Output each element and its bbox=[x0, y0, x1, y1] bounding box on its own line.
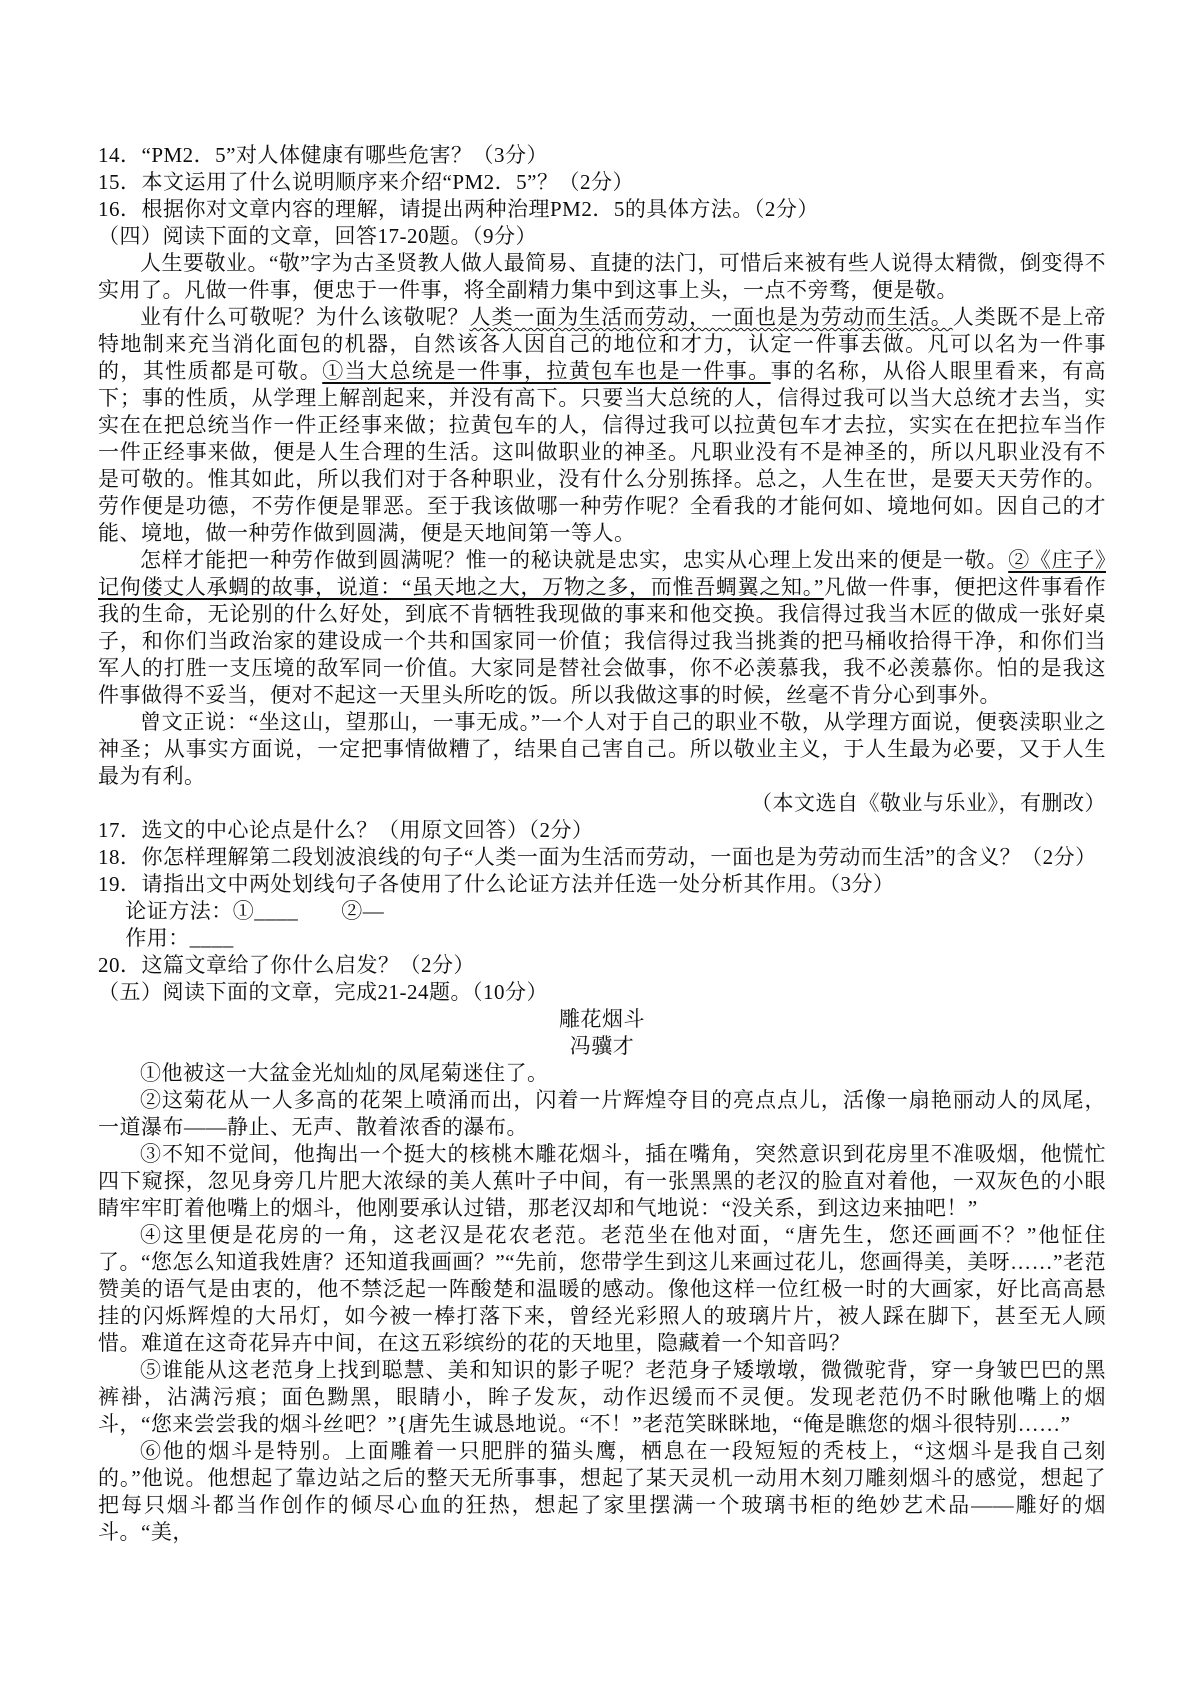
question-19: 19．请指出文中两处划线句子各使用了什么论证方法并任选一处分析其作用。（3分） bbox=[98, 871, 1106, 898]
question-20: 20．这篇文章给了你什么启发？（2分） bbox=[98, 952, 1106, 979]
question-18: 18．你怎样理解第二段划波浪线的句子“人类一面为生活而劳动，一面也是为劳动而生活… bbox=[98, 844, 1106, 871]
essay1-paragraph-1: 人生要敬业。“敬”字为古圣贤教人做人最简易、直捷的法门，可惜后来被有些人说得太精… bbox=[98, 250, 1106, 304]
essay2-paragraph-2: ②这菊花从一人多高的花架上喷涌而出，闪着一片辉煌夺目的亮点点儿，活像一扇艳丽动人… bbox=[98, 1087, 1106, 1141]
essay2-paragraph-5: ⑤谁能从这老范身上找到聪慧、美和知识的影子呢？老范身子矮墩墩，微微驼背，穿一身皱… bbox=[98, 1357, 1106, 1438]
essay1-paragraph-3: 怎样才能把一种劳作做到圆满呢？惟一的秘诀就是忠实，忠实从心理上发出来的便是一敬。… bbox=[98, 547, 1106, 709]
question-14: 14．“PM2．5”对人体健康有哪些危害？（3分） bbox=[98, 142, 1106, 169]
question-17: 17．选文的中心论点是什么？（用原文回答）（2分） bbox=[98, 817, 1106, 844]
essay2-author: 冯骥才 bbox=[98, 1033, 1106, 1060]
essay1-para2-tail: 事的名称，从俗人眼里看来，有高下；事的性质，从学理上解剖起来，并没有高下。只要当… bbox=[98, 359, 1106, 545]
section-5-header: （五）阅读下面的文章，完成21-24题。（10分） bbox=[98, 979, 1106, 1006]
exam-page: 14．“PM2．5”对人体健康有哪些危害？（3分） 15．本文运用了什么说明顺序… bbox=[98, 142, 1106, 1546]
underlined-sentence-1: ①当大总统是一件事，拉黄包车也是一件事。 bbox=[322, 359, 770, 383]
wavy-underlined-sentence: 人类一面为生活而劳动，一面也是为劳动而生活。 bbox=[469, 305, 952, 329]
essay2-paragraph-6: ⑥他的烟斗是特别。上面雕着一只肥胖的猫头鹰，栖息在一段短短的秃枝上，“这烟斗是我… bbox=[98, 1438, 1106, 1546]
essay2-title: 雕花烟斗 bbox=[98, 1006, 1106, 1033]
question-15: 15．本文运用了什么说明顺序来介绍“PM2．5”？（2分） bbox=[98, 169, 1106, 196]
question-19-methods-blank: 论证方法：①____ ②— bbox=[98, 898, 1106, 925]
essay2-paragraph-3: ③不知不觉间，他掏出一个挺大的核桃木雕花烟斗，插在嘴角，突然意识到花房里不准吸烟… bbox=[98, 1141, 1106, 1222]
question-16: 16．根据你对文章内容的理解，请提出两种治理PM2．5的具体方法。（2分） bbox=[98, 196, 1106, 223]
essay2-paragraph-1: ①他被这一大盆金光灿灿的凤尾菊迷住了。 bbox=[98, 1060, 1106, 1087]
essay1-attribution: （本文选自《敬业与乐业》，有删改） bbox=[98, 790, 1106, 817]
essay2-paragraph-4: ④这里便是花房的一角，这老汉是花农老范。老范坐在他对面，“唐先生，您还画画不？”… bbox=[98, 1222, 1106, 1357]
question-19-effect-blank: 作用：____ bbox=[98, 925, 1106, 952]
section-4-header: （四）阅读下面的文章，回答17-20题。（9分） bbox=[98, 223, 1106, 250]
essay1-paragraph-4: 曾文正说：“坐这山，望那山，一事无成。”一个人对于自己的职业不敬，从学理方面说，… bbox=[98, 709, 1106, 790]
essay1-paragraph-2: 业有什么可敬呢？为什么该敬呢？人类一面为生活而劳动，一面也是为劳动而生活。人类既… bbox=[98, 304, 1106, 547]
essay1-para3-lead: 怎样才能把一种劳作做到圆满呢？惟一的秘诀就是忠实，忠实从心理上发出来的便是一敬。 bbox=[140, 548, 1008, 572]
essay1-para2-lead: 业有什么可敬呢？为什么该敬呢？ bbox=[140, 305, 469, 329]
